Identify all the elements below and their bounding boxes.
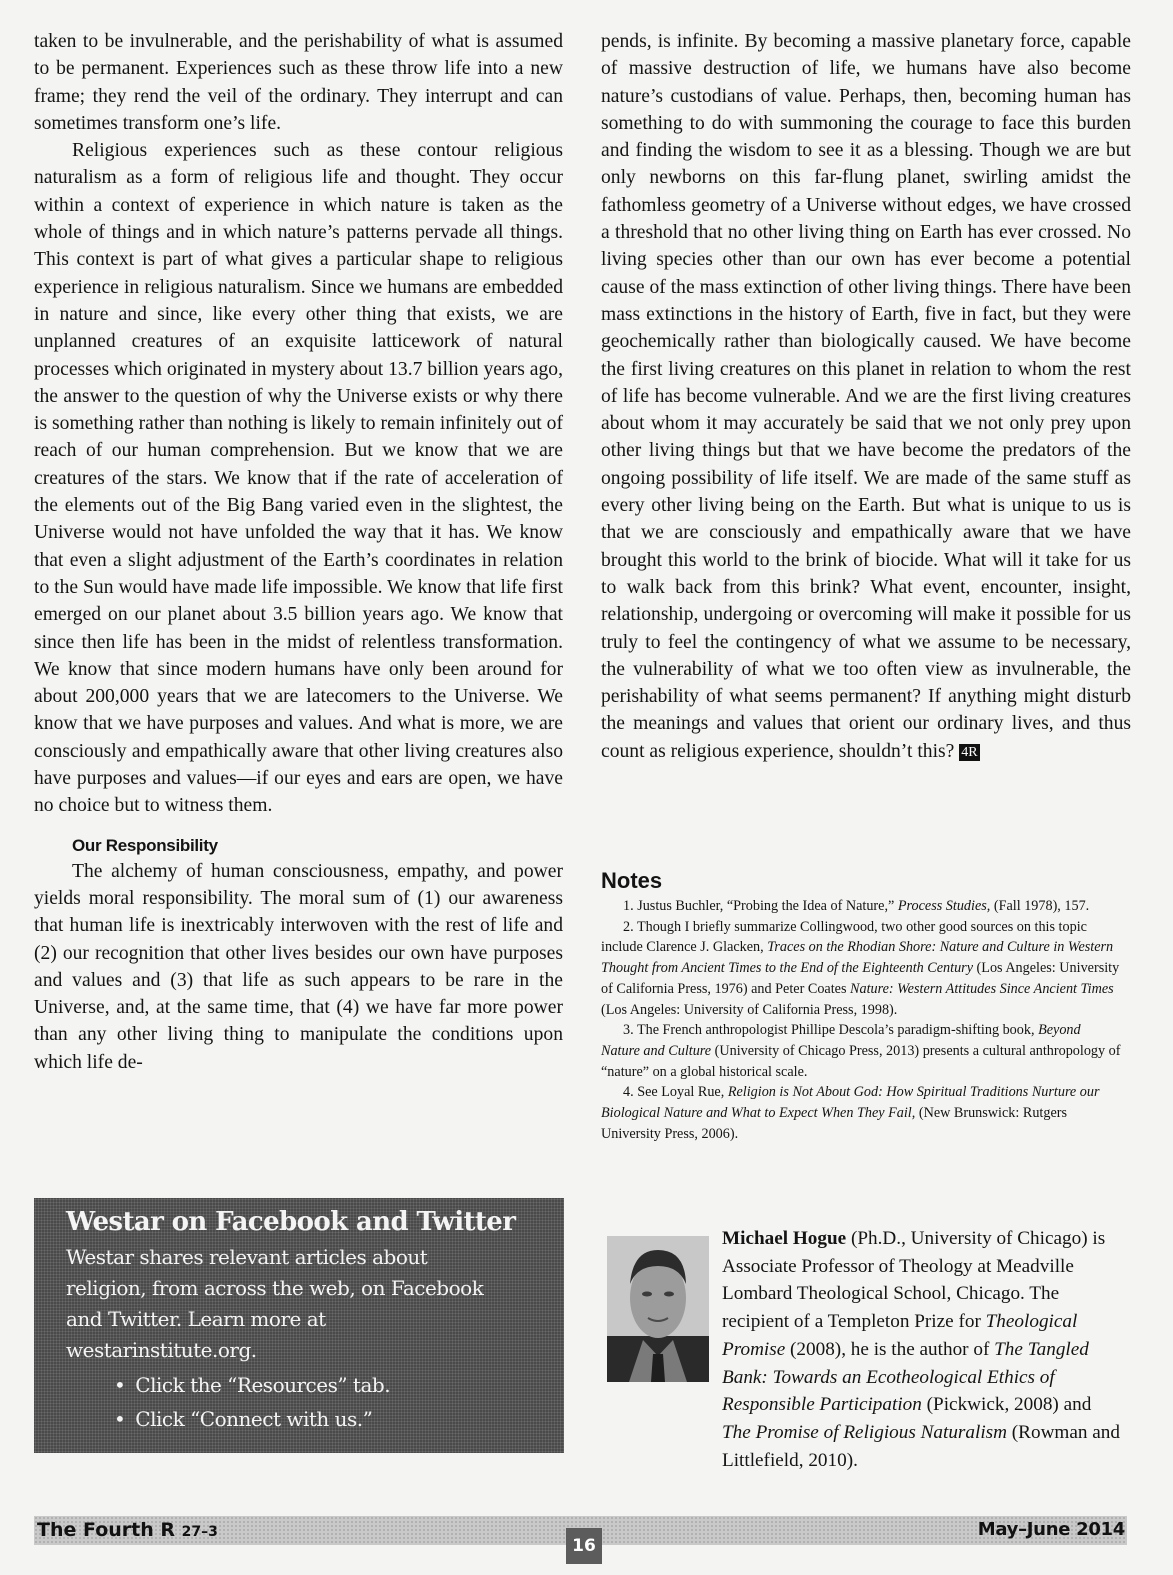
paragraph: Religious experiences such as these cont…: [34, 137, 563, 819]
issue-date: May–June 2014: [978, 1518, 1125, 1542]
promo-instructions: Click the “Resources” tab. Click “Connec…: [66, 1368, 564, 1436]
page-number: 16: [566, 1528, 602, 1564]
promo-body: Westar shares relevant articles about re…: [66, 1242, 486, 1366]
paragraph-text: pends, is infinite. By becoming a massiv…: [601, 31, 1131, 762]
notes-heading: Notes: [601, 868, 1121, 894]
footnote: 3. The French anthropologist Phillipe De…: [601, 1020, 1121, 1082]
publication-label: The Fourth R 27–3: [37, 1518, 218, 1544]
footnote: 4. See Loyal Rue, Religion is Not About …: [601, 1082, 1121, 1144]
promo-bullet: Click “Connect with us.”: [114, 1402, 564, 1436]
paragraph: taken to be invulnerable, and the perish…: [34, 28, 563, 137]
notes-section: Notes 1. Justus Buchler, “Probing the Id…: [601, 868, 1121, 1144]
westar-social-promo-box: Westar on Facebook and Twitter Westar sh…: [34, 1198, 564, 1453]
right-column: pends, is infinite. By becoming a massiv…: [601, 28, 1131, 765]
portrait-icon: [607, 1236, 709, 1382]
author-photo: [607, 1236, 709, 1382]
author-bio: Michael Hogue (Ph.D., University of Chic…: [722, 1225, 1122, 1474]
promo-bullet: Click the “Resources” tab.: [114, 1368, 564, 1402]
paragraph: pends, is infinite. By becoming a massiv…: [601, 28, 1131, 765]
left-column: taken to be invulnerable, and the perish…: [34, 28, 563, 1076]
promo-title: Westar on Facebook and Twitter: [66, 1206, 564, 1238]
paragraph: The alchemy of human consciousness, empa…: [34, 858, 563, 1076]
end-of-article-mark: 4R: [959, 744, 979, 761]
section-heading: Our Responsibility: [72, 834, 563, 858]
footnote: 2. Though I briefly summarize Collingwoo…: [601, 917, 1121, 1021]
issue-number: 27–3: [182, 1524, 218, 1540]
author-name: Michael Hogue: [722, 1228, 846, 1249]
footnote: 1. Justus Buchler, “Probing the Idea of …: [601, 896, 1121, 917]
